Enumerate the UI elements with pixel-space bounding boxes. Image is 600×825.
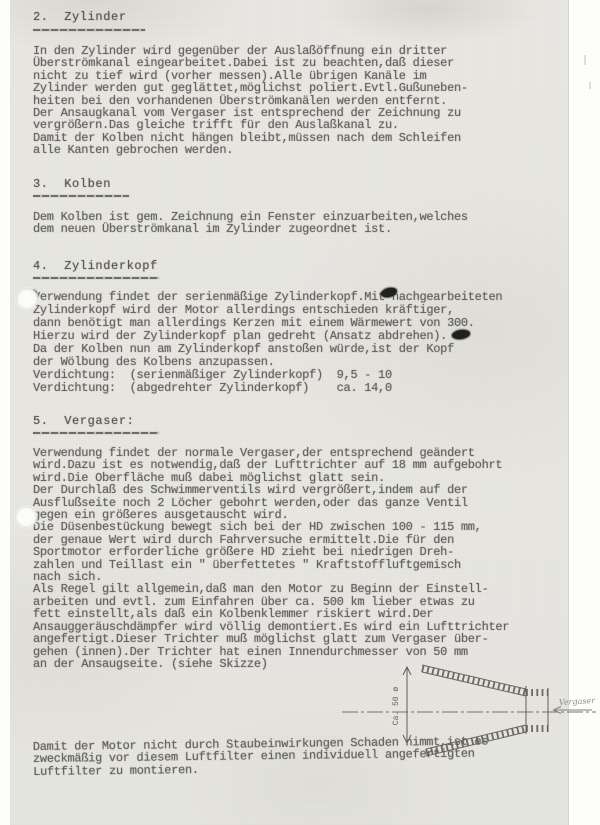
funnel-top-wall: [422, 665, 548, 696]
section-body-zylinderkopf: Verwendung findet der serienmäßige Zylin…: [33, 291, 502, 369]
section-body-zylinder: In den Zylinder wird gegenüber der Ausla…: [33, 45, 468, 157]
scan-edge-mark: [584, 55, 586, 65]
section-heading-kolben: 3. Kolben: [33, 177, 111, 191]
heading-underline: [33, 29, 145, 31]
scan-edge-mark: [589, 82, 591, 89]
section-body-kolben: Dem Kolben ist gem. Zeichnung ein Fenste…: [33, 211, 468, 236]
hole-punch: [16, 288, 38, 310]
heading-underline: [33, 195, 129, 197]
section-body-vergaser: Verwendung findet der normale Vergaser,d…: [33, 447, 509, 670]
compression-specs: Verdichtung: (serienmäßiger Zylinderkopf…: [33, 369, 392, 395]
heading-underline: [33, 277, 159, 279]
dimension-line: [403, 667, 411, 743]
section-heading-vergaser: 5. Vergaser:: [33, 414, 134, 428]
dimension-label: Ca. 50 ø: [392, 687, 401, 726]
closing-paragraph: Damit der Motor nicht durch Staubeinwirk…: [33, 735, 489, 778]
hole-punch: [15, 506, 37, 528]
vergaser-label: Vergaser: [559, 696, 597, 707]
section-heading-zylinder: 2. Zylinder: [33, 10, 127, 24]
section-heading-zylinderkopf: 4. Zylinderkopf: [33, 259, 158, 273]
heading-underline: [33, 432, 159, 434]
